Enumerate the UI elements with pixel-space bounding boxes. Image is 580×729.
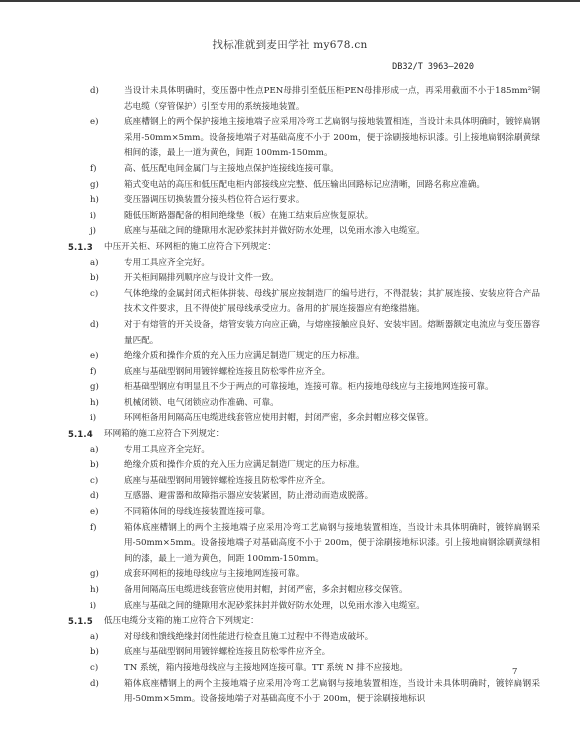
list-item-text: 环网柜备用间隔高压电缆进线套管应使用封帽，封闭严密，多余封帽应移交保管。 (124, 413, 433, 423)
list-item-text: 底座与基础之间的缝隙用水泥砂浆抹封并做好防水处理，以免雨水渗入电缆室。 (124, 601, 425, 611)
list-item-text: 气体绝缘的金属封闭式柜体拼装、母线扩展应按制造厂的编号进行，不得混装；其扩展连接… (124, 289, 540, 315)
list-item-label: b) (90, 458, 99, 474)
list-item: i)底座与基础之间的缝隙用水泥砂浆抹封并做好防水处理，以免雨水渗入电缆室。 (60, 599, 540, 615)
document-number: DB32/T 3963—2020 (392, 62, 474, 72)
list-item-label: f) (90, 365, 97, 381)
list-item: a)专用工具应齐全完好。 (60, 256, 540, 272)
list-item: g)柜基础型钢应有明显且不少于两点的可靠接地，连接可靠。柜内接地母线应与主接地网… (60, 380, 540, 396)
list-item: f)高、低压配电间金属门与主接地点保护连接线连接可靠。 (60, 162, 540, 178)
list-item-text: 对于有熔管的开关设备，熔管安装方向应正确，与熔座接触应良好、安装牢固。熔断器额定… (124, 320, 540, 346)
list-item: d)箱体底座槽钢上的两个主接地端子应采用冷弯工艺扁钢与接地装置相连，当设计未具体… (60, 677, 540, 708)
list-item: e)底座槽钢上的两个保护接地主接地端子应采用冷弯工艺扁钢与接地装置相连，当设计未… (60, 115, 540, 162)
list-item-label: b) (90, 271, 99, 287)
list-item: h)备用间隔高压电缆进线套管应使用封帽，封闭严密，多余封帽应移交保管。 (60, 583, 540, 599)
section-number: 5.1.4 (68, 427, 93, 443)
list-item-label: h) (90, 193, 99, 209)
list-item-text: 机械闭锁、电气闭锁应动作准确、可靠。 (124, 398, 279, 408)
list-item: i)环网柜备用间隔高压电缆进线套管应使用封帽，封闭严密，多余封帽应移交保管。 (60, 411, 540, 427)
list-item-label: c) (90, 474, 98, 490)
list-item-label: d) (90, 318, 99, 334)
list-item-text: 对母线和馈线绝缘封闭性能进行检查且施工过程中不得造成破坏。 (124, 632, 373, 642)
list-item-text: TN 系统，箱内接地母线应与主接地网连接可靠。TT 系统 N 排不应接地。 (124, 663, 408, 673)
list-item-text: 当设计未具体明确时，变压器中性点PEN母排引至低压柜PEN母排形成一点，再采用截… (124, 86, 540, 112)
list-item-label: d) (90, 677, 99, 693)
document-body: d)当设计未具体明确时，变压器中性点PEN母排引至低压柜PEN母排形成一点，再采… (60, 84, 540, 708)
list-item-label: j) (90, 224, 96, 240)
list-item-text: 随低压断路器配备的相间绝缘垫（板）在施工结束后应恢复原状。 (124, 211, 373, 221)
list-item: h)变压器调压切换装置分接头档位符合运行要求。 (60, 193, 540, 209)
section-number: 5.1.3 (68, 240, 93, 256)
list-item-label: c) (90, 661, 98, 677)
list-item-text: 底座与基础型钢间用镀锌螺栓连接且防松零件应齐全。 (124, 367, 330, 377)
list-item: d)互感器、避雷器和故障指示器应安装紧固，防止滑动而造成脱落。 (60, 489, 540, 505)
list-item: c)底座与基础型钢间用镀锌螺栓连接且防松零件应齐全。 (60, 474, 540, 490)
page-number: 7 (512, 667, 517, 677)
list-item: f)底座与基础型钢间用镀锌螺栓连接且防松零件应齐全。 (60, 365, 540, 381)
list-item-text: 底座与基础型钢间用镀锌螺栓连接且防松零件应齐全。 (124, 476, 330, 486)
list-item-label: e) (90, 349, 98, 365)
list-item-label: h) (90, 396, 99, 412)
section-heading: 5.1.4环网箱的施工应符合下列规定： (60, 427, 540, 443)
list-item: g)成套环网柜的接地母线应与主接地网连接可靠。 (60, 567, 540, 583)
list-item-label: h) (90, 583, 99, 599)
list-item: h)机械闭锁、电气闭锁应动作准确、可靠。 (60, 396, 540, 412)
list-item-text: 底座与基础之间的缝隙用水泥砂浆抹封并做好防水处理，以免雨水渗入电缆室。 (124, 226, 425, 236)
list-item: d)对于有熔管的开关设备，熔管安装方向应正确，与熔座接触应良好、安装牢固。熔断器… (60, 318, 540, 349)
list-item: a)对母线和馈线绝缘封闭性能进行检查且施工过程中不得造成破坏。 (60, 630, 540, 646)
list-item-text: 开关柜间隔排列顺序应与设计文件一致。 (124, 273, 279, 283)
list-item-text: 箱体底座槽钢上的两个主接地端子应采用冷弯工艺扁钢与接地装置相连，当设计未具体明确… (124, 523, 540, 564)
list-item-text: 高、低压配电间金属门与主接地点保护连接线连接可靠。 (124, 164, 339, 174)
list-item-text: 专用工具应齐全完好。 (124, 445, 210, 455)
list-item-label: e) (90, 115, 98, 131)
list-item-text: 绝缘介质和操作介质的充入压力应满足制造厂规定的压力标准。 (124, 460, 365, 470)
list-item: j)底座与基础之间的缝隙用水泥砂浆抹封并做好防水处理，以免雨水渗入电缆室。 (60, 224, 540, 240)
section-heading: 5.1.5低压电缆分支箱的施工应符合下列规定： (60, 614, 540, 630)
list-item-text: 互感器、避雷器和故障指示器应安装紧固，防止滑动而造成脱落。 (124, 491, 373, 501)
list-item-label: i) (90, 599, 96, 615)
list-item: b)绝缘介质和操作介质的充入压力应满足制造厂规定的压力标准。 (60, 458, 540, 474)
list-item-label: a) (90, 630, 98, 646)
list-item-text: 底座与基础型钢间用镀锌螺栓连接且防松零件应齐全。 (124, 647, 330, 657)
section-title: 低压电缆分支箱的施工应符合下列规定： (104, 616, 259, 626)
list-item-label: f) (90, 162, 97, 178)
list-item-text: 不同箱体间的母线连接装置连接可靠。 (124, 507, 270, 517)
list-item: c)TN 系统，箱内接地母线应与主接地网连接可靠。TT 系统 N 排不应接地。 (60, 661, 540, 677)
list-item: g)箱式变电站的高压和低压配电柜内部接线应完整、低压输出回路标记应清晰，回路名称… (60, 178, 540, 194)
list-item-label: g) (90, 567, 99, 583)
top-border (0, 0, 580, 2)
list-item-text: 专用工具应齐全完好。 (124, 258, 210, 268)
watermark-text: 找标准就到麦田学社 my678.cn (0, 37, 580, 52)
list-item: e)绝缘介质和操作介质的充入压力应满足制造厂规定的压力标准。 (60, 349, 540, 365)
list-item-label: i) (90, 411, 96, 427)
list-item-label: g) (90, 380, 99, 396)
section-title: 环网箱的施工应符合下列规定： (104, 429, 224, 439)
list-item-text: 变压器调压切换装置分接头档位符合运行要求。 (124, 195, 304, 205)
section-title: 中压开关柜、环网柜的施工应符合下列规定： (104, 242, 276, 252)
list-item: i)随低压断路器配备的相间绝缘垫（板）在施工结束后应恢复原状。 (60, 209, 540, 225)
list-item-label: f) (90, 521, 97, 537)
list-item: e)不同箱体间的母线连接装置连接可靠。 (60, 505, 540, 521)
list-item-label: d) (90, 489, 99, 505)
list-item-label: b) (90, 645, 99, 661)
list-item-text: 成套环网柜的接地母线应与主接地网连接可靠。 (124, 569, 304, 579)
list-item: b)开关柜间隔排列顺序应与设计文件一致。 (60, 271, 540, 287)
list-item-text: 柜基础型钢应有明显且不少于两点的可靠接地，连接可靠。柜内接地母线应与主接地网连接… (124, 382, 494, 392)
list-item: f)箱体底座槽钢上的两个主接地端子应采用冷弯工艺扁钢与接地装置相连，当设计未具体… (60, 521, 540, 568)
list-item-text: 箱体底座槽钢上的两个主接地端子应采用冷弯工艺扁钢与接地装置相连，当设计未具体明确… (124, 679, 540, 705)
section-heading: 5.1.3中压开关柜、环网柜的施工应符合下列规定： (60, 240, 540, 256)
list-item-label: a) (90, 256, 98, 272)
section-number: 5.1.5 (68, 614, 93, 630)
list-item-label: c) (90, 287, 98, 303)
list-item-label: e) (90, 505, 98, 521)
list-item-text: 绝缘介质和操作介质的充入压力应满足制造厂规定的压力标准。 (124, 351, 365, 361)
list-item-label: g) (90, 178, 99, 194)
list-item: b)底座与基础型钢间用镀锌螺栓连接且防松零件应齐全。 (60, 645, 540, 661)
list-item-text: 箱式变电站的高压和低压配电柜内部接线应完整、低压输出回路标记应清晰，回路名称应准… (124, 180, 485, 190)
list-item: d)当设计未具体明确时，变压器中性点PEN母排引至低压柜PEN母排形成一点，再采… (60, 84, 540, 115)
list-item-label: d) (90, 84, 99, 100)
list-item-text: 底座槽钢上的两个保护接地主接地端子应采用冷弯工艺扁钢与接地装置相连，当设计未具体… (124, 117, 540, 158)
list-item-label: i) (90, 209, 96, 225)
list-item: c)气体绝缘的金属封闭式柜体拼装、母线扩展应按制造厂的编号进行，不得混装；其扩展… (60, 287, 540, 318)
list-item: a)专用工具应齐全完好。 (60, 443, 540, 459)
list-item-text: 备用间隔高压电缆进线套管应使用封帽，封闭严密，多余封帽应移交保管。 (124, 585, 408, 595)
list-item-label: a) (90, 443, 98, 459)
